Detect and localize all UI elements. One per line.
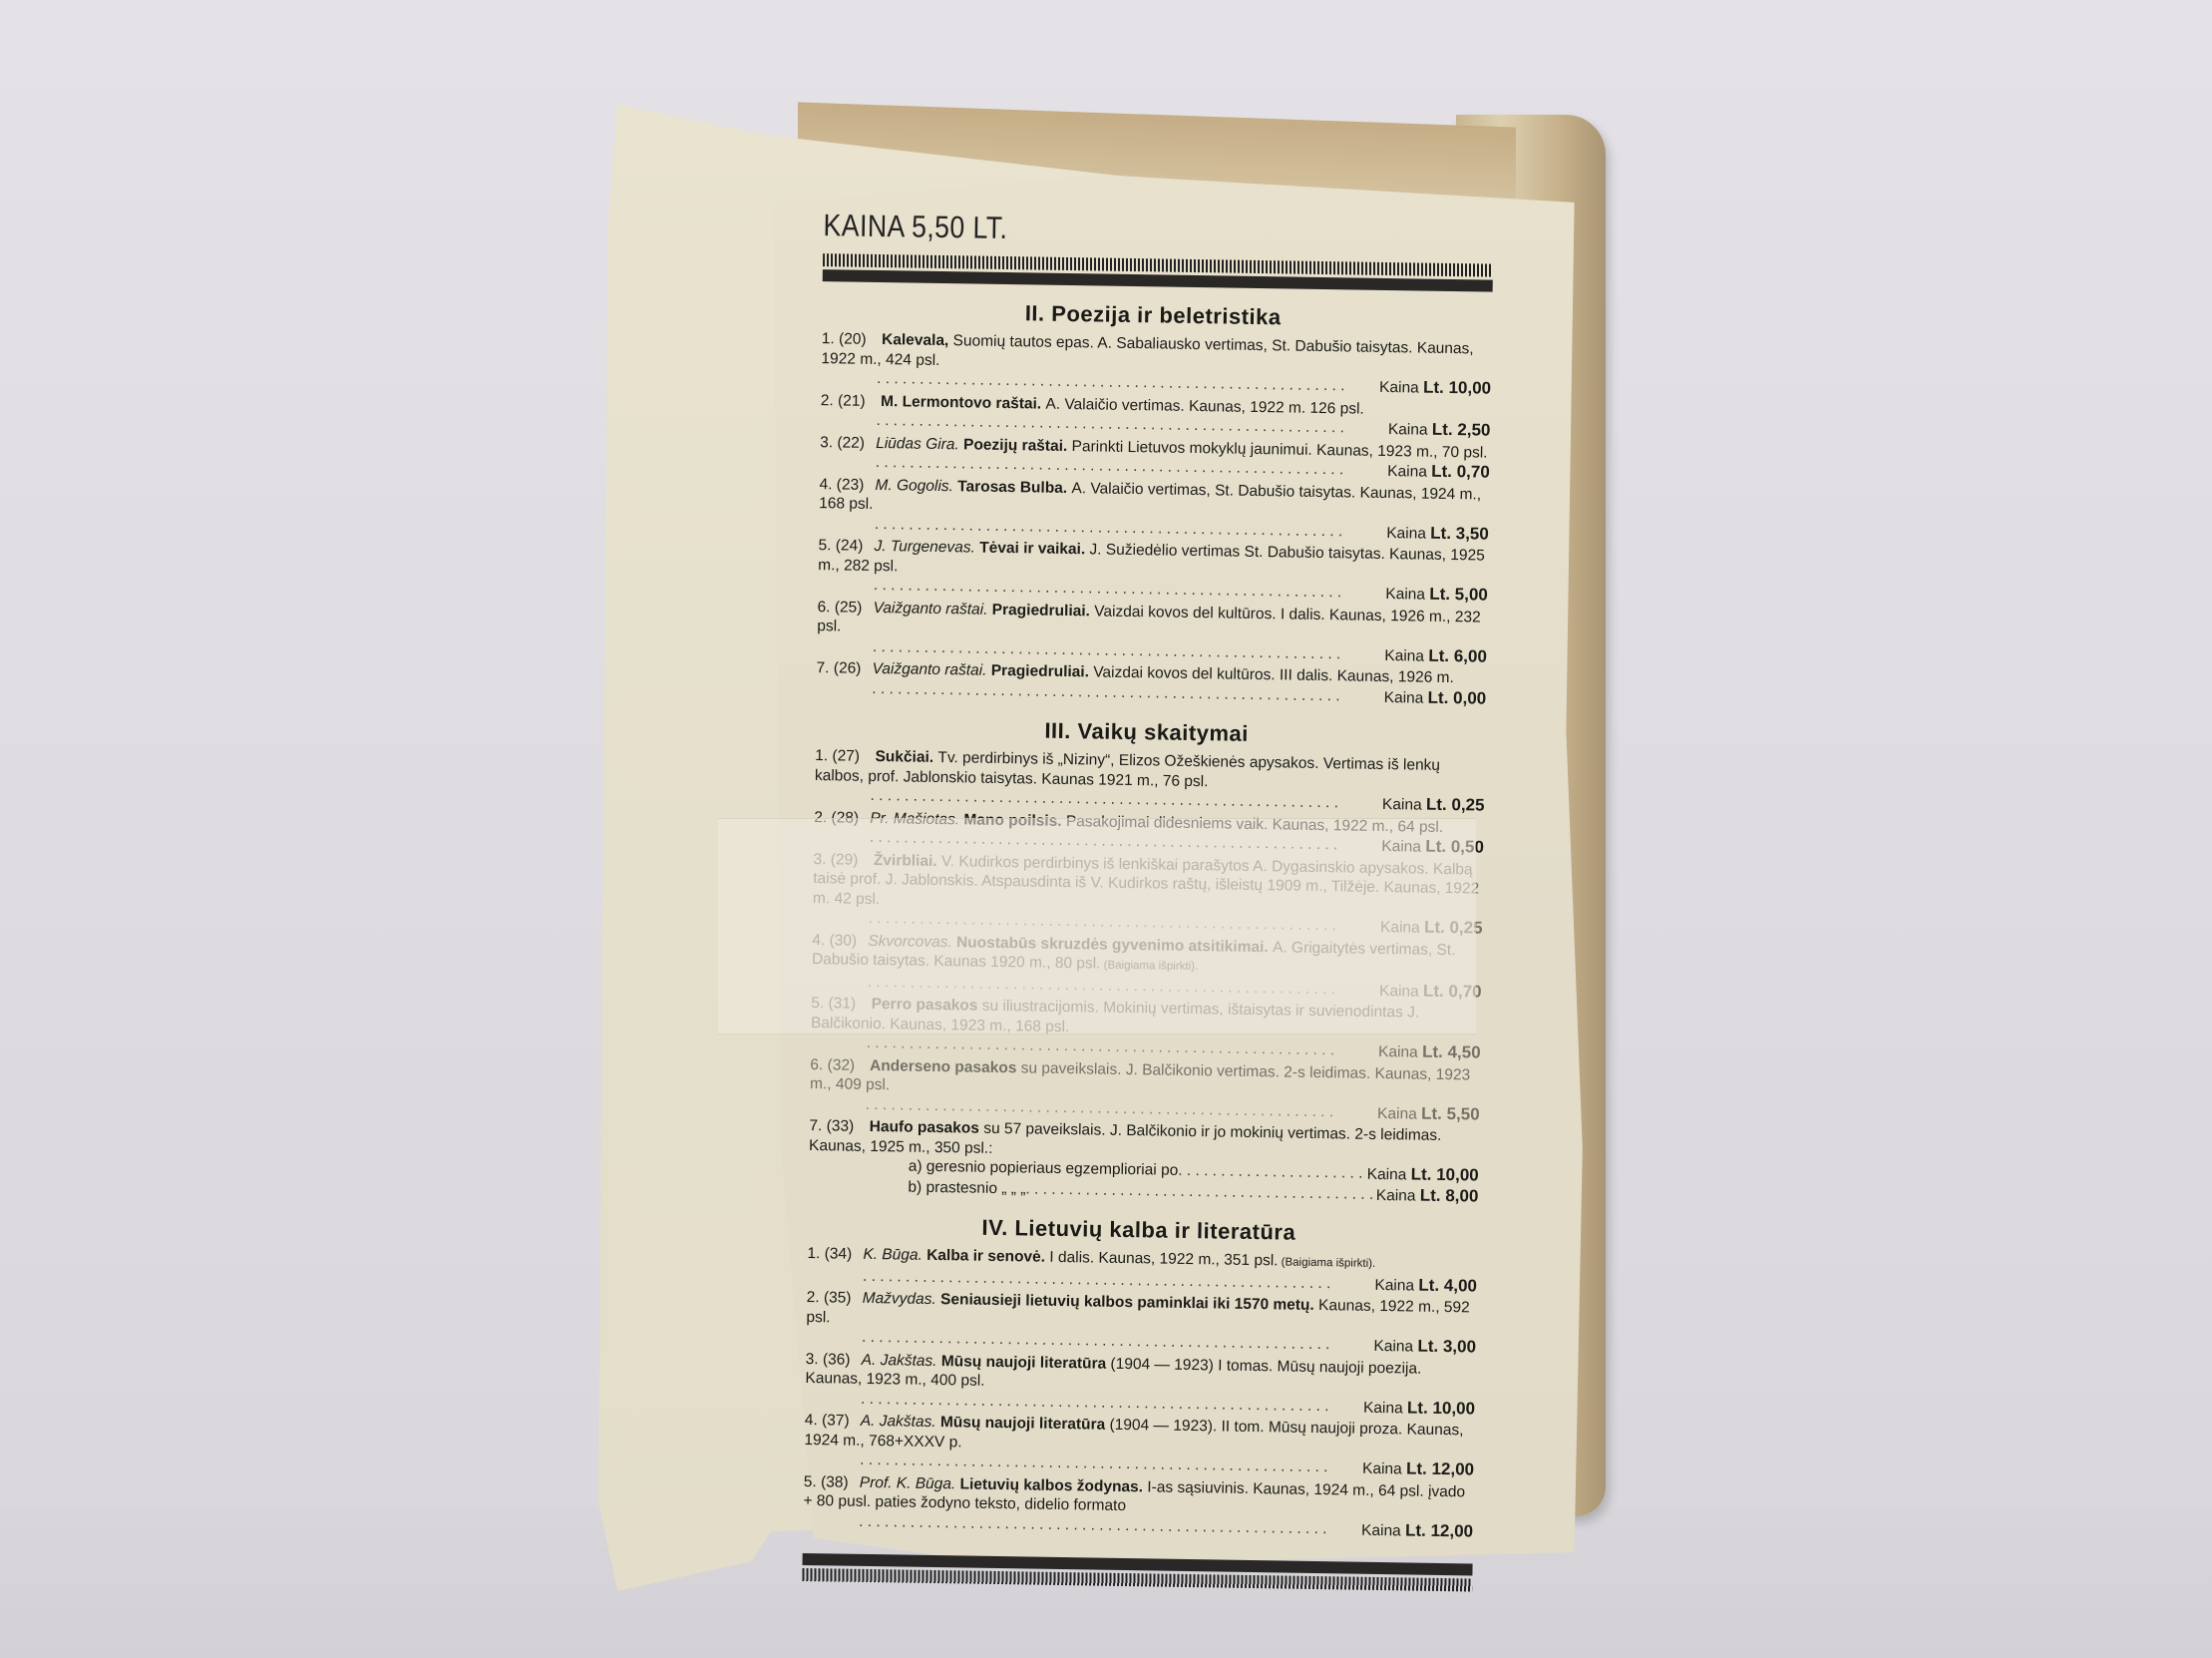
price-value: Lt. 4,50 xyxy=(1422,1042,1481,1062)
entry-title: Mūsų naujoji literatūra xyxy=(940,1414,1110,1434)
price-word: Kaina xyxy=(1378,1043,1422,1061)
entry-price: Kaina Lt. 0,00 xyxy=(1384,687,1487,709)
entry-author: K. Būga. xyxy=(863,1246,926,1264)
price-word: Kaina xyxy=(1384,647,1428,665)
entry-number: 3. (36) xyxy=(806,1349,862,1369)
catalogue-entry: 4. (37)A. Jakštas. Mūsų naujoji literatū… xyxy=(804,1411,1475,1480)
price-value: Lt. 8,00 xyxy=(1420,1185,1479,1205)
price-value: Lt. 10,00 xyxy=(1407,1398,1475,1418)
entry-author: Vaižganto raštai. xyxy=(872,660,990,679)
entry-author: Liūdas Gira. xyxy=(876,434,963,452)
entry-price: Kaina Lt. 2,50 xyxy=(1388,419,1491,441)
entry-author: Vaižganto raštai. xyxy=(873,599,991,618)
section-title: II. Poezija ir beletristika xyxy=(814,297,1492,334)
entry-number: 6. (32) xyxy=(810,1055,866,1075)
entry-number: 6. (25) xyxy=(817,598,873,618)
entry-price: Kaina Lt. 10,00 xyxy=(1363,1397,1475,1419)
entry-price: Kaina Lt. 12,00 xyxy=(1361,1519,1473,1541)
catalogue-entry: 4. (23)M. Gogolis. Tarosas Bulba. A. Val… xyxy=(819,475,1490,545)
price-word: Kaina xyxy=(1384,689,1428,707)
entry-author: A. Jakštas. xyxy=(861,1413,940,1431)
price-word: Kaina xyxy=(1367,1166,1411,1184)
entry-number: 5. (38) xyxy=(804,1471,860,1491)
entry-number: 4. (37) xyxy=(805,1411,861,1431)
entry-price: Kaina Lt. 5,50 xyxy=(1377,1102,1480,1124)
entry-number: 1. (27) xyxy=(815,746,871,766)
catalogue-entry: 6. (25)Vaižganto raštai. Pragiedruliai. … xyxy=(817,598,1488,667)
price-value: Lt. 2,50 xyxy=(1432,420,1491,440)
entry-price: Kaina Lt. 0,70 xyxy=(1387,461,1490,483)
variant-label: b) prastesnio „ „ „ xyxy=(908,1177,1025,1199)
catalogue-entry: 6. (32) Anderseno pasakos su paveikslais… xyxy=(810,1055,1481,1125)
entry-number: 7. (33) xyxy=(809,1116,865,1136)
price-word: Kaina xyxy=(1374,1276,1418,1294)
entry-title: Tarosas Bulba. xyxy=(957,478,1072,497)
catalogue-entry: 7. (33) Haufo pasakos su 57 paveikslais.… xyxy=(808,1116,1479,1207)
price-value: Lt. 12,00 xyxy=(1406,1458,1474,1478)
entry-title: Kalba ir senovė. xyxy=(926,1247,1049,1266)
entry-title: Poezijų raštai. xyxy=(963,436,1072,455)
entry-number: 2. (21) xyxy=(821,391,877,411)
entry-price: Kaina Lt. 10,00 xyxy=(1367,1164,1479,1186)
price-value: Lt. 5,50 xyxy=(1421,1103,1480,1123)
price-value: Lt. 10,00 xyxy=(1423,378,1491,398)
entry-number: 5. (24) xyxy=(818,536,874,556)
entry-price: Kaina Lt. 6,00 xyxy=(1384,645,1487,667)
price-value: Lt. 12,00 xyxy=(1405,1520,1473,1540)
entry-price: Kaina Lt. 10,00 xyxy=(1379,377,1491,399)
entry-price: Kaina Lt. 4,00 xyxy=(1374,1274,1477,1296)
price-word: Kaina xyxy=(1385,586,1429,604)
price-word: Kaina xyxy=(1388,421,1432,439)
catalogue-entry: 5. (38)Prof. K. Būga. Lietuvių kalbos žo… xyxy=(803,1471,1474,1541)
price-word: Kaina xyxy=(1387,463,1431,481)
entry-author: Prof. K. Būga. xyxy=(860,1473,960,1492)
entry-desc: I dalis. Kaunas, 1922 m., 351 psl. xyxy=(1049,1249,1278,1270)
entry-title: M. Lermontovo raštai. xyxy=(877,392,1046,412)
entry-number: 1. (20) xyxy=(822,329,878,349)
entry-title: Lietuvių kalbos žodynas. xyxy=(959,1475,1147,1495)
price-value: Lt. 6,00 xyxy=(1428,645,1487,665)
catalogue-entry: 5. (24)J. Turgenevas. Tėvai ir vaikai. J… xyxy=(818,536,1489,606)
entry-title: Pragiedruliai. xyxy=(992,601,1095,620)
entry-note: (Baigiama išpirkti). xyxy=(1278,1256,1375,1270)
entry-price: Kaina Lt. 5,00 xyxy=(1385,584,1488,606)
catalogue-entry: 3. (36)A. Jakštas. Mūsų naujoji literatū… xyxy=(805,1349,1476,1419)
price-word: Kaina xyxy=(1362,1460,1406,1478)
price-word: Kaina xyxy=(1363,1399,1407,1417)
price-value: Lt. 5,00 xyxy=(1429,585,1488,605)
entry-number: 3. (22) xyxy=(820,433,876,453)
section-title: IV. Lietuvių kalba ir literatūra xyxy=(800,1212,1478,1249)
entry-price: Kaina Lt. 8,00 xyxy=(1376,1184,1479,1206)
entry-title: Pragiedruliai. xyxy=(991,662,1094,681)
price-word: Kaina xyxy=(1376,1186,1420,1204)
catalogue-entry: 1. (27) Sukčiai. Tv. perdirbinys iš „Niz… xyxy=(814,746,1485,816)
entry-number: 2. (35) xyxy=(807,1288,863,1308)
price-word: Kaina xyxy=(1382,796,1426,814)
price-value: Lt. 0,70 xyxy=(1431,462,1490,482)
entry-number: 4. (23) xyxy=(819,475,875,495)
cover-price: KAINA 5,50 LT. xyxy=(823,207,1399,252)
entry-number: 7. (26) xyxy=(816,658,872,678)
price-value: Lt. 3,50 xyxy=(1430,523,1489,543)
catalogue-entry: 7. (26)Vaižganto raštai. Pragiedruliai. … xyxy=(816,658,1487,709)
entry-author: J. Turgenevas. xyxy=(874,538,979,557)
price-word: Kaina xyxy=(1377,1104,1421,1122)
leader-dots: . . . . . . . . . . . . . . . . . . . . … xyxy=(1025,1179,1376,1205)
price-word: Kaina xyxy=(1361,1521,1405,1539)
entry-title: Tėvai ir vaikai. xyxy=(979,540,1090,559)
entry-title: Haufo pasakos xyxy=(865,1118,983,1137)
entry-title: Mūsų naujoji literatūra xyxy=(941,1353,1111,1373)
entry-price: Kaina Lt. 4,50 xyxy=(1378,1041,1481,1063)
price-word: Kaina xyxy=(1386,525,1430,543)
entry-title: Seniausieji lietuvių kalbos paminklai ik… xyxy=(940,1291,1318,1314)
price-value: Lt. 0,00 xyxy=(1427,687,1486,707)
catalogue-entry: 1. (20) Kalevala, Suomių tautos epas. A.… xyxy=(821,329,1492,399)
entry-price: Kaina Lt. 12,00 xyxy=(1362,1458,1474,1480)
price-word: Kaina xyxy=(1373,1338,1417,1356)
entry-price: Kaina Lt. 3,00 xyxy=(1373,1336,1476,1358)
catalogue-entry: 2. (35)Mažvydas. Seniausieji lietuvių ka… xyxy=(806,1288,1477,1358)
entry-author: Mažvydas. xyxy=(863,1290,941,1308)
entry-title: Sukčiai. xyxy=(871,748,937,766)
entry-price: Kaina Lt. 3,50 xyxy=(1386,523,1489,545)
price-value: Lt. 4,00 xyxy=(1418,1275,1477,1295)
entry-author: A. Jakštas. xyxy=(862,1351,941,1369)
entry-title: Kalevala, xyxy=(878,331,953,349)
tape-strip xyxy=(718,818,1476,1035)
entry-author: M. Gogolis. xyxy=(875,476,957,494)
top-rule xyxy=(815,253,1493,292)
section-title: III. Vaikų skaitymai xyxy=(807,714,1485,751)
price-word: Kaina xyxy=(1379,379,1423,397)
leader-dots: . . . . . . . . . . . . . . . . . . . . … xyxy=(1178,1161,1367,1184)
entry-price: Kaina Lt. 0,25 xyxy=(1382,794,1485,816)
price-value: Lt. 0,25 xyxy=(1426,795,1485,815)
price-value: Lt. 3,00 xyxy=(1417,1337,1476,1357)
price-value: Lt. 10,00 xyxy=(1411,1164,1479,1184)
entry-title: Anderseno pasakos xyxy=(866,1056,1021,1075)
entry-number: 1. (34) xyxy=(807,1244,863,1264)
